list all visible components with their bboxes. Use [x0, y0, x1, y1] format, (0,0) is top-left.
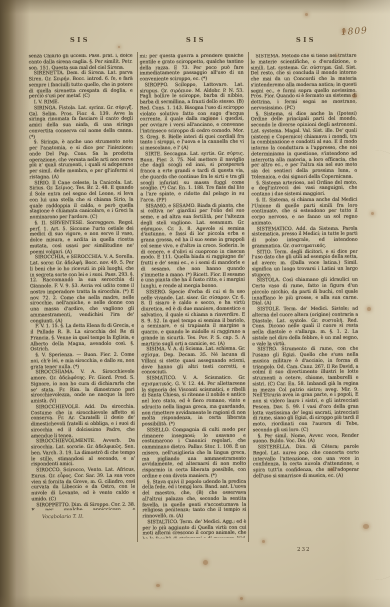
dictionary-entry: SIRTE. Seccagna. Lat. syrtis. Gr. σύρτις…: [140, 151, 244, 203]
foxing-spot: [367, 307, 371, 311]
dictionary-entry: SITIO. Term. degli dicitori, e si dice p…: [252, 249, 358, 278]
dictionary-entry: SISTEMATICO. Add. da Sistema. Parola sis…: [252, 226, 358, 250]
dictionary-entry: SIROCCHIA, e SEROCCHIA. V. A. Sorella. L…: [30, 255, 134, 325]
dictionary-entry: §. II. Sistema, si chiama anche dal Medi…: [251, 197, 357, 226]
dictionary-entry: SISTERELLA. Dim. di Cétera; parole Regol…: [253, 445, 359, 480]
dictionary-entry: §. II. SIRVENTESE. Sorreggere. Regol. pe…: [30, 220, 134, 255]
dictionary-entry: senza Chiarlo gli uccelli. Pass. prat. i…: [29, 54, 133, 72]
dictionary-entry: SIROCCHIEVOLMENTE. Avverb. Da sirocchia.…: [31, 439, 135, 468]
dictionary-entry: F. V. 1. 15. §. La detta Elena fu di Gre…: [30, 324, 134, 353]
dictionary-entry: SISELLO. Compagnia di culti modo per rim…: [142, 427, 246, 479]
dictionary-entry: SIRINGA. Fistola. Lat. syrinx. Gr. σύριγ…: [29, 105, 133, 140]
text-column-1: senza Chiarlo gli uccelli. Pass. prat. i…: [29, 54, 136, 511]
running-head-col1: SIS: [70, 36, 90, 44]
foxing-spot: [240, 597, 243, 600]
text-column-2: mi; per questa guerra a prendere qualche…: [140, 54, 247, 539]
dictionary-entry: SIROCCHIAMA. V. A. Sirocchievole amore. …: [31, 370, 135, 405]
dictionary-entry: SISTOLE. Term. de' Medici. Sistole; ad a…: [252, 307, 358, 348]
dictionary-entry: SISERO. Specie d'erba di cui si fa uso n…: [141, 289, 245, 347]
foxing-spot: [156, 584, 160, 587]
foxing-spot: [262, 540, 265, 543]
dictionary-entry: §. Siringa, è anche uno strumento noto p…: [29, 140, 133, 181]
volume-signature: Vocabolario T. II.: [42, 514, 84, 520]
dictionary-entry: SIRIO. Il Cane celeste, la Canicola. Lat…: [29, 180, 133, 221]
foxing-spot: [363, 524, 369, 529]
running-head-col2: SIS: [186, 36, 206, 44]
sheet-number: 232: [297, 547, 311, 553]
text-column-3: SISTEMA. Metodo che si tiene nel trattar…: [251, 54, 360, 539]
foxing-spot: [342, 29, 346, 33]
scanned-page: SIS SIS SIS 1809 senza Chiarlo gli uccel…: [0, 0, 390, 607]
dictionary-entry: §. Per simil. Nome, Avver. voce, Render …: [253, 433, 359, 445]
dictionary-entry: §. Stava quivi il popolo udendo la predi…: [142, 479, 246, 520]
foxing-spot: [305, 13, 308, 16]
dictionary-entry: SISMATICO. V. A. Scismatico. Gr. σχισματ…: [141, 376, 245, 428]
dictionary-entry: SIRENETTA. Dem. di Sirena. Lat. parva Si…: [29, 71, 133, 100]
dictionary-entry: SISAMO, e SESAMO. Biada di pianta, che s…: [140, 203, 245, 290]
running-head-col3: SIS: [296, 36, 316, 44]
dictionary-entry: SISTOLA. Così chiamano gli idraulici un …: [252, 278, 358, 307]
foxing-spot: [371, 212, 374, 215]
foxing-spot: [118, 46, 120, 48]
dictionary-entry: SISTALTICO. Term. de' Medici. Agg.; ed è…: [142, 519, 246, 538]
foxing-spot: [352, 94, 357, 98]
dictionary-entry: SIROCCHIEVOLE. Add. Da sirocchia. Costum…: [31, 404, 135, 439]
column-divider-2: [248, 52, 249, 542]
dictionary-entry: SIROPPETTO. Dim. di Siroppo. Cor. 2. 38.…: [31, 502, 135, 510]
dictionary-entry: SISTEMA. Metodo che si tiene nel trattar…: [251, 54, 357, 112]
dictionary-entry: §. Sistema, si dice anche la (Ipotesi) O…: [251, 111, 357, 181]
dictionary-entry: SISTRO. Strumento di rame, con che l'usa…: [252, 347, 359, 434]
dictionary-entry: §. V. Sperienza. — Buon. Fier. 2. Come n…: [30, 353, 134, 371]
dictionary-entry: SISIMA. V. A. di Scisma. Lat. schisma. G…: [141, 347, 245, 376]
column-divider-1: [137, 52, 138, 542]
foxing-spot: [203, 560, 208, 565]
dictionary-entry: SIROCCO. Scirocco, Vento. Lat. Africus, …: [31, 468, 135, 503]
foxing-spot: [210, 118, 212, 120]
foxing-spot: [330, 468, 333, 471]
foxing-spot: [336, 55, 338, 57]
bottom-edge-shadow: [0, 595, 390, 607]
book-gutter-shadow: [0, 0, 30, 607]
top-edge-shadow: [0, 0, 390, 14]
dictionary-entry: SIROPPO. Sciloppo, Lattovaro. Lat. sirup…: [140, 82, 244, 152]
dictionary-entry: §. Sistema arterioso, nel Ordine del mot…: [251, 180, 357, 198]
dictionary-entry: mi; per questa guerra a prendere qualche…: [140, 54, 244, 83]
